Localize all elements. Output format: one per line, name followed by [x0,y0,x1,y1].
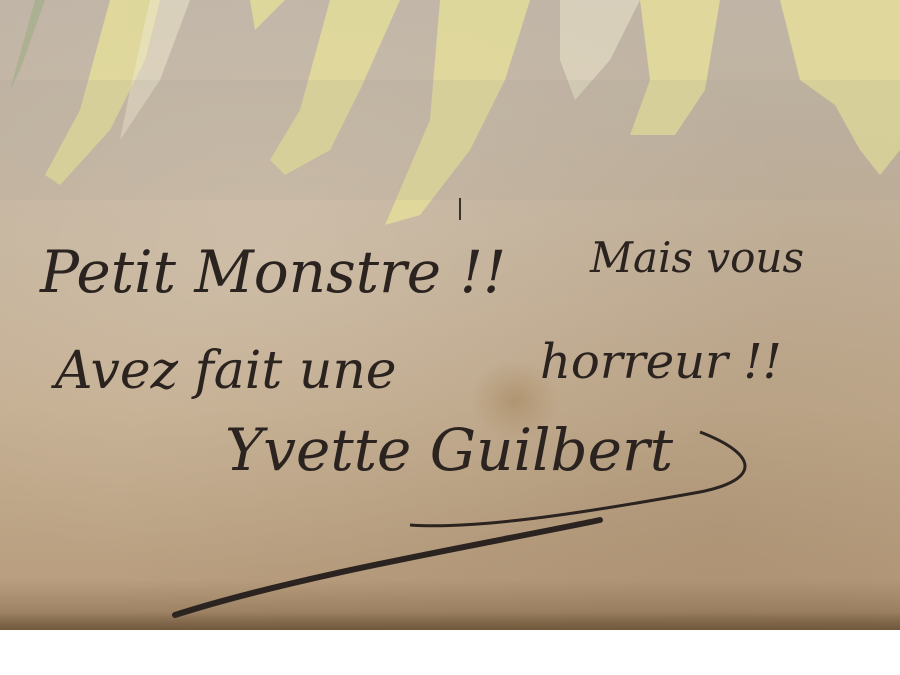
underline-stroke [175,520,600,615]
inscription-line1-part2: Mais vous [589,233,804,282]
inscription-line2-part1: Avez fait une [51,341,397,401]
inscription-line2-part2: horreur !! [540,334,782,390]
signature: Yvette Guilbert [225,416,674,484]
photograph: Petit Monstre !! Mais vous Avez fait une… [0,0,900,630]
handwriting: Petit Monstre !! Mais vous Avez fait une… [0,0,900,630]
inscription-line1-part1: Petit Monstre !! [39,238,506,306]
paper-bottom-edge [0,612,900,630]
